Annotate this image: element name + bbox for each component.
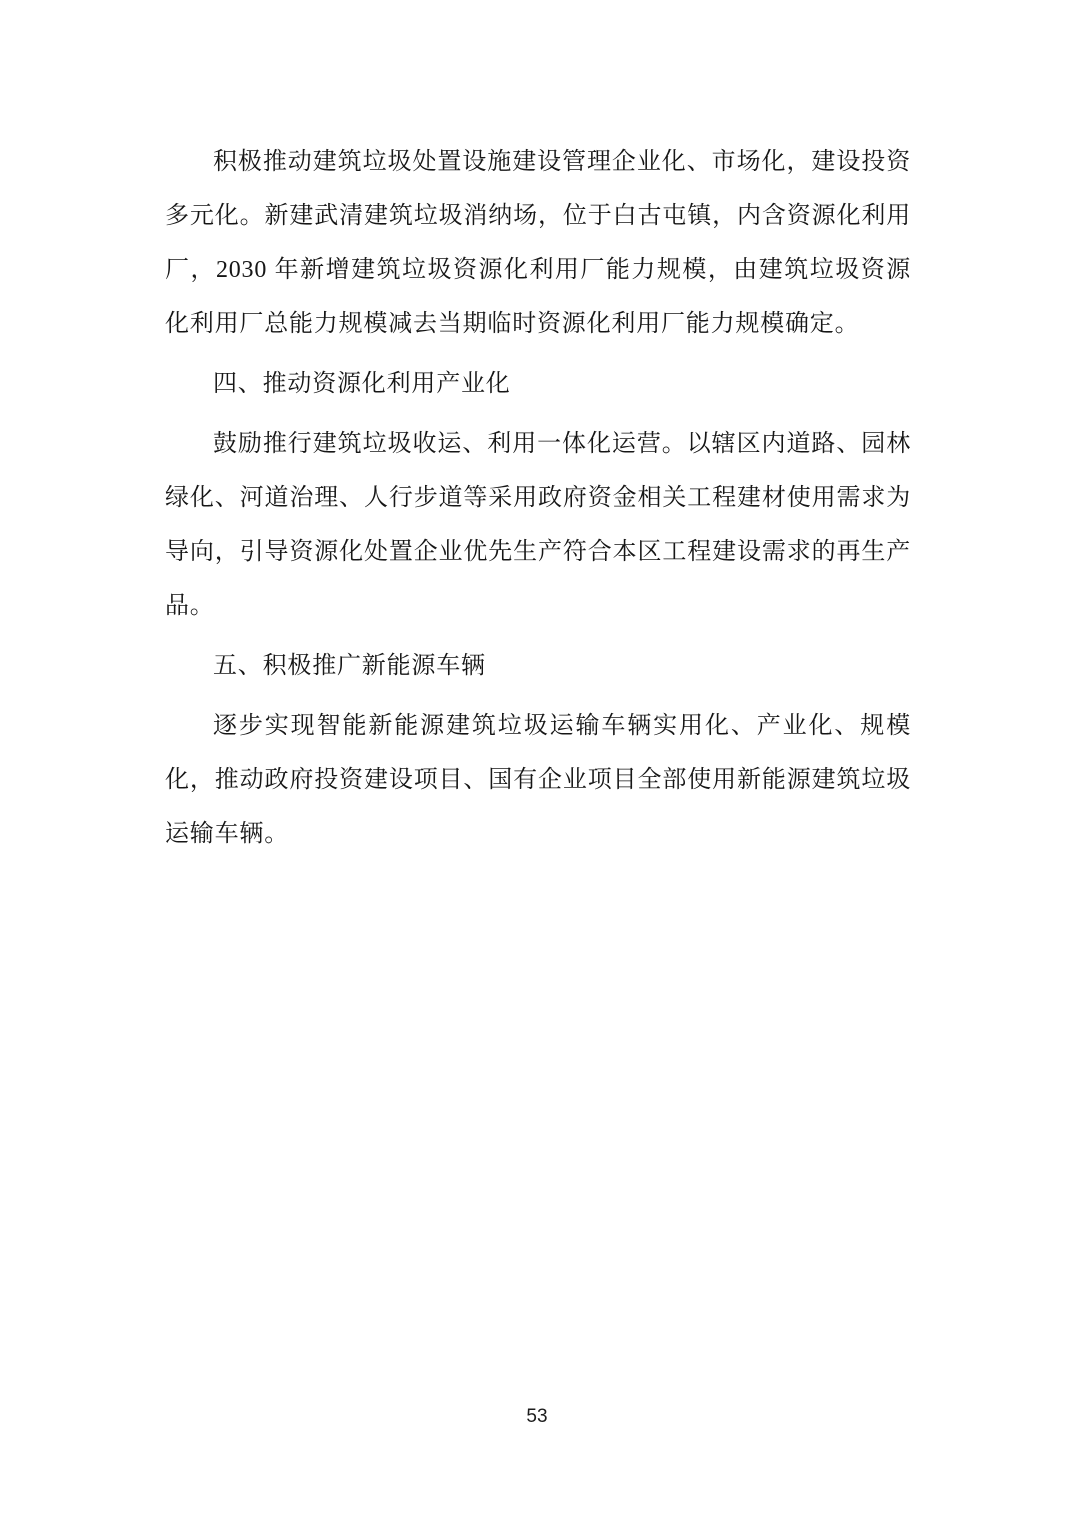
body-paragraph: 积极推动建筑垃圾处置设施建设管理企业化、市场化，建设投资多元化。新建武清建筑垃圾…: [165, 135, 911, 351]
body-paragraph: 鼓励推行建筑垃圾收运、利用一体化运营。以辖区内道路、园林绿化、河道治理、人行步道…: [165, 417, 911, 633]
page-number: 53: [0, 1404, 1074, 1430]
document-text-block: 积极推动建筑垃圾处置设施建设管理企业化、市场化，建设投资多元化。新建武清建筑垃圾…: [165, 135, 911, 861]
body-paragraph: 逐步实现智能新能源建筑垃圾运输车辆实用化、产业化、规模化，推动政府投资建设项目、…: [165, 699, 911, 861]
section-heading-5: 五、积极推广新能源车辆: [165, 639, 911, 693]
section-heading-4: 四、推动资源化利用产业化: [165, 357, 911, 411]
document-page: 积极推动建筑垃圾处置设施建设管理企业化、市场化，建设投资多元化。新建武清建筑垃圾…: [0, 0, 1074, 1520]
